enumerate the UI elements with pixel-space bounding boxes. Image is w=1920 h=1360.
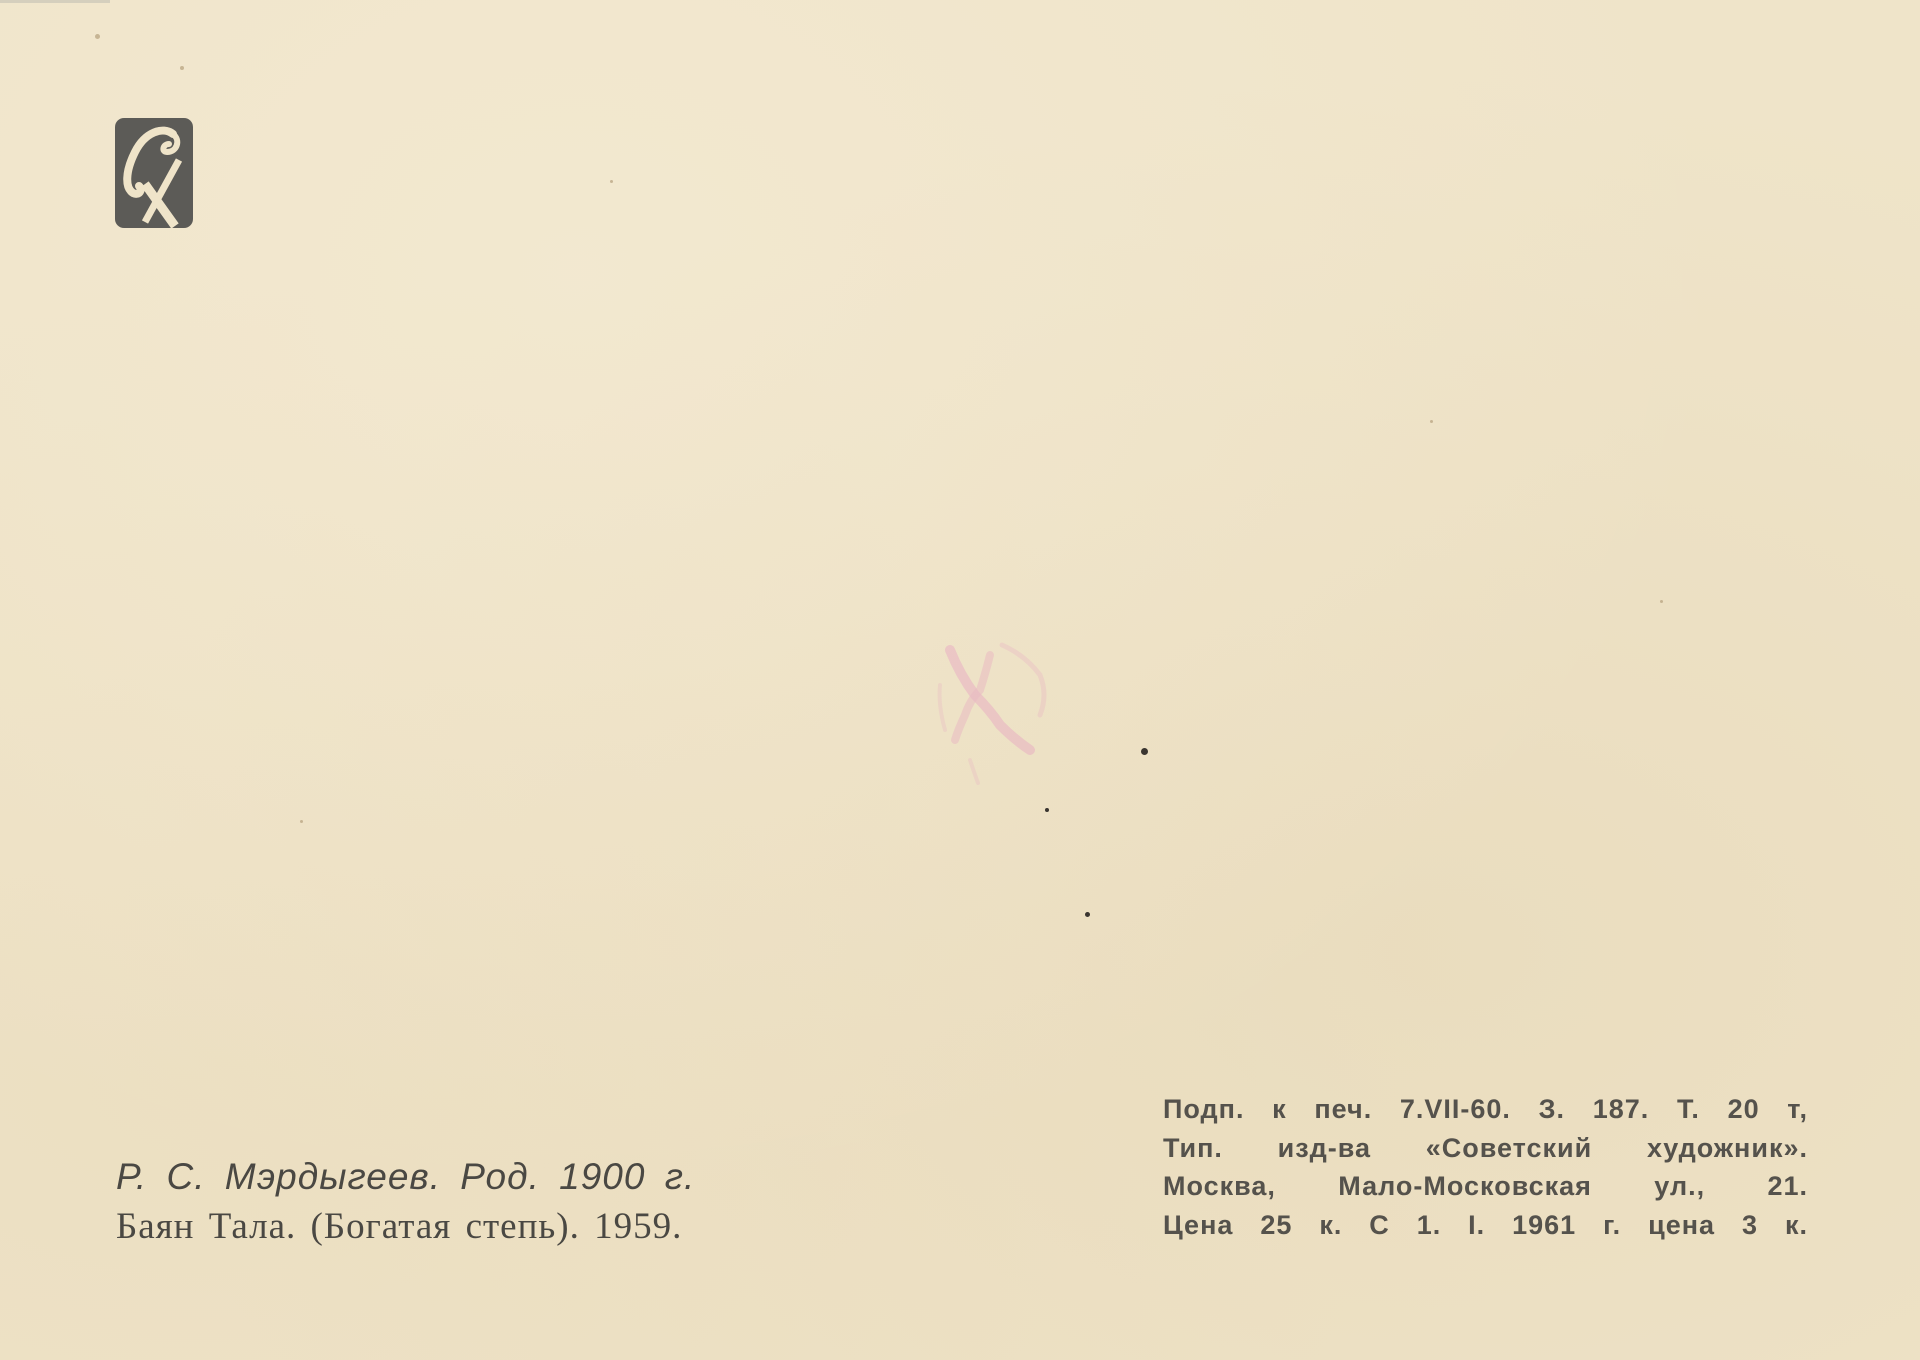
paper-speck: [300, 820, 303, 823]
imprint-line-4: Цена 25 к. С 1. I. 1961 г. цена 3 к.: [1163, 1206, 1808, 1245]
paper-speck: [95, 34, 100, 39]
paper-speck: [1430, 420, 1433, 423]
paper-speck: [1660, 600, 1663, 603]
paper-speck: [610, 180, 613, 183]
artwork-title-line: Баян Тала. (Богатая степь). 1959.: [116, 1202, 695, 1252]
paper-edge: [0, 0, 110, 3]
publisher-logo-icon: [115, 118, 193, 228]
ink-speck: [1085, 912, 1090, 917]
pink-stamp-mark-icon: [930, 615, 1060, 785]
ink-speck: [1045, 808, 1049, 812]
artist-line: Р. С. Мэрдыгеев. Род. 1900 г.: [116, 1152, 695, 1202]
imprint-line-1: Подп. к печ. 7.VII-60. З. 187. Т. 20 т,: [1163, 1090, 1808, 1129]
ink-speck: [1141, 748, 1148, 755]
paper-speck: [180, 66, 184, 70]
artwork-caption: Р. С. Мэрдыгеев. Род. 1900 г. Баян Тала.…: [116, 1152, 695, 1252]
imprint-line-2: Тип. изд-ва «Советский художник».: [1163, 1129, 1808, 1168]
printing-imprint: Подп. к печ. 7.VII-60. З. 187. Т. 20 т, …: [1163, 1090, 1808, 1244]
imprint-line-3: Москва, Мало-Московская ул., 21.: [1163, 1167, 1808, 1206]
